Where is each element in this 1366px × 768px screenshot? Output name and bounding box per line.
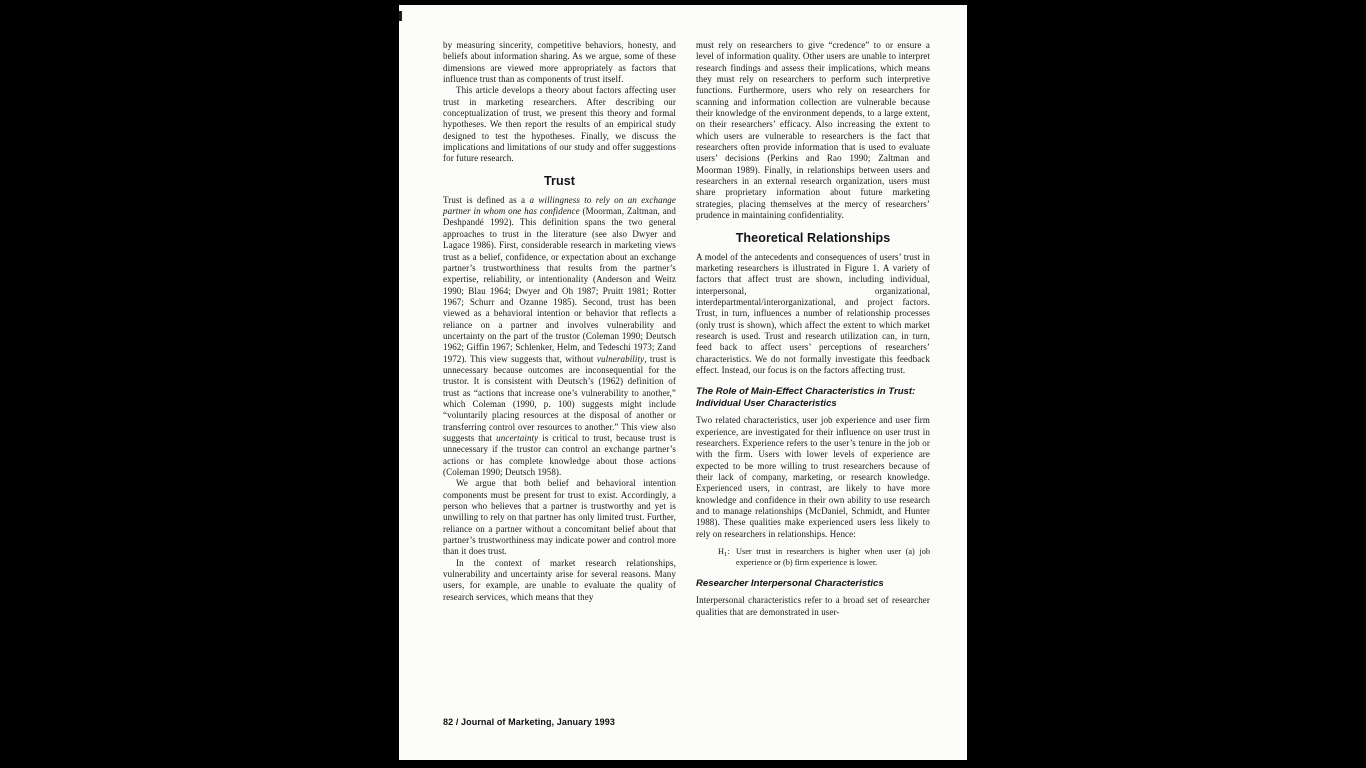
right-column: must rely on researchers to give “creden… [696, 40, 930, 618]
hypothesis-label: H1: [718, 547, 736, 568]
left-column: by measuring sincerity, competitive beha… [443, 40, 676, 603]
journal-line: Journal of Marketing, January 1993 [461, 717, 615, 727]
page-number: 82 [443, 717, 453, 727]
hypothesis-text: User trust in researchers is higher when… [736, 547, 930, 568]
hypothesis: H1:User trust in researchers is higher w… [718, 547, 930, 568]
screen-background: by measuring sincerity, competitive beha… [0, 0, 1366, 768]
paragraph: Two related characteristics, user job ex… [696, 415, 930, 540]
footer-separator: / [453, 717, 461, 727]
document-page: by measuring sincerity, competitive beha… [399, 5, 967, 760]
scan-artifact [399, 11, 402, 21]
paragraph: In the context of market research relati… [443, 558, 676, 603]
paragraph: A model of the antecedents and consequen… [696, 252, 930, 377]
subsection-heading: Researcher Interpersonal Characteristics [696, 578, 930, 590]
paragraph: Trust is defined as a a willingness to r… [443, 195, 676, 479]
paragraph: This article develops a theory about fac… [443, 85, 676, 164]
section-heading: Trust [443, 174, 676, 189]
page-footer: 82 / Journal of Marketing, January 1993 [443, 717, 615, 727]
section-heading: Theoretical Relationships [696, 231, 930, 246]
paragraph: Interpersonal characteristics refer to a… [696, 595, 930, 618]
paragraph: We argue that both belief and behavioral… [443, 478, 676, 557]
paragraph: by measuring sincerity, competitive beha… [443, 40, 676, 85]
subsection-heading: The Role of Main-Effect Characteristics … [696, 386, 930, 410]
paragraph: must rely on researchers to give “creden… [696, 40, 930, 222]
